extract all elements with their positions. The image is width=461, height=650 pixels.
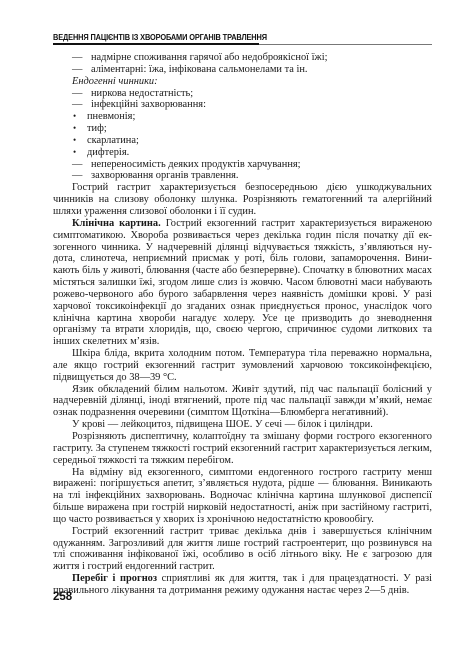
list-item-text: дифтерія. <box>87 147 129 158</box>
dash-marker: — <box>72 170 82 182</box>
list-item-text: скарлатина; <box>87 135 139 146</box>
paragraph-text: У крові — лейкоцитоз, підвищена ШОЕ. У с… <box>72 419 373 430</box>
paragraph: Розрізняють диспептичну, колаптоїдну та … <box>53 431 432 467</box>
list-item: — ниркова недостатність; <box>53 88 432 100</box>
running-head-rule-thick <box>53 43 259 45</box>
list-item: — захворювання органів травлення. <box>53 170 432 182</box>
dash-marker: — <box>72 99 82 111</box>
list-item-text: захворювання органів травлення. <box>91 170 239 181</box>
paragraph-lead: Клінічна картина. <box>72 218 161 229</box>
list-item: — інфекційні захворювання: <box>53 99 432 111</box>
bullet-icon: • <box>73 111 76 123</box>
list-item-text: надмірне споживання гарячої або недоброя… <box>91 52 327 63</box>
bullet-icon: • <box>73 123 76 135</box>
list-item: • тиф; <box>53 123 432 135</box>
bullet-icon: • <box>73 147 76 159</box>
list-item-text: ниркова недостатність; <box>91 88 193 99</box>
list-item: — надмірне споживання гарячої або недобр… <box>53 52 432 64</box>
paragraph: На відміну від екзогенного, симптоми енд… <box>53 467 432 526</box>
endogenous-factors-heading: Ендогенні чинники: <box>53 76 432 88</box>
list-item: • дифтерія. <box>53 147 432 159</box>
paragraph-text: Гострий екзогенний гастрит триває декіль… <box>53 526 432 573</box>
paragraph-clinical-picture: Клінічна картина. Гострий екзогенний гас… <box>53 218 432 348</box>
list-item: • скарлатина; <box>53 135 432 147</box>
paragraph-text: Гострий гастрит характеризується безпосе… <box>53 182 432 217</box>
running-head: ВЕДЕННЯ ПАЦІЄНТІВ ІЗ ХВОРОБАМИ ОРГАНІВ Т… <box>53 30 432 46</box>
paragraph: Гострий гастрит характеризується безпосе… <box>53 182 432 218</box>
list-item-text: інфекційні захворювання: <box>91 99 206 110</box>
dash-marker: — <box>72 88 82 100</box>
list-item: — аліментарні: їжа, інфікована сальмонел… <box>53 64 432 76</box>
paragraph: Шкіра бліда, вкрита холодним потом. Темп… <box>53 348 432 384</box>
list-item: • пневмонія; <box>53 111 432 123</box>
paragraph-lead: Перебіг і прогноз <box>72 573 157 584</box>
paragraph-text: Язик обкладений білим нальотом. Живіт зд… <box>53 384 432 419</box>
paragraph: У крові — лейкоцитоз, підвищена ШОЕ. У с… <box>53 419 432 431</box>
dash-marker: — <box>72 159 82 171</box>
list-item-text: непереносимість деяких продуктів харчува… <box>91 159 301 170</box>
paragraph-text: На відміну від екзогенного, симптоми енд… <box>53 467 432 525</box>
list-item: — непереносимість деяких продуктів харчу… <box>53 159 432 171</box>
paragraph: Гострий екзогенний гастрит триває декіль… <box>53 526 432 573</box>
dash-marker: — <box>72 64 82 76</box>
paragraph-text: Гострий екзогенний гастрит характеризуєт… <box>53 218 432 347</box>
dash-marker: — <box>72 52 82 64</box>
running-head-title: ВЕДЕННЯ ПАЦІЄНТІВ ІЗ ХВОРОБАМИ ОРГАНІВ Т… <box>53 32 267 42</box>
bullet-icon: • <box>73 135 76 147</box>
list-item-text: пневмонія; <box>87 111 135 122</box>
paragraph-course-prognosis: Перебіг і прогноз сприятливі як для житт… <box>53 573 432 597</box>
body-text: — надмірне споживання гарячої або недобр… <box>53 52 432 597</box>
paragraph: Язик обкладений білим нальотом. Живіт зд… <box>53 384 432 420</box>
paragraph-text: Шкіра бліда, вкрита холодним потом. Темп… <box>53 348 432 383</box>
list-item-text: аліментарні: їжа, інфікована сальмонелам… <box>91 64 308 75</box>
page-number: 258 <box>53 591 72 603</box>
running-head-rule-thin <box>259 44 432 45</box>
paragraph-text: Розрізняють диспептичну, колаптоїдну та … <box>53 431 432 466</box>
list-item-text: тиф; <box>87 123 107 134</box>
